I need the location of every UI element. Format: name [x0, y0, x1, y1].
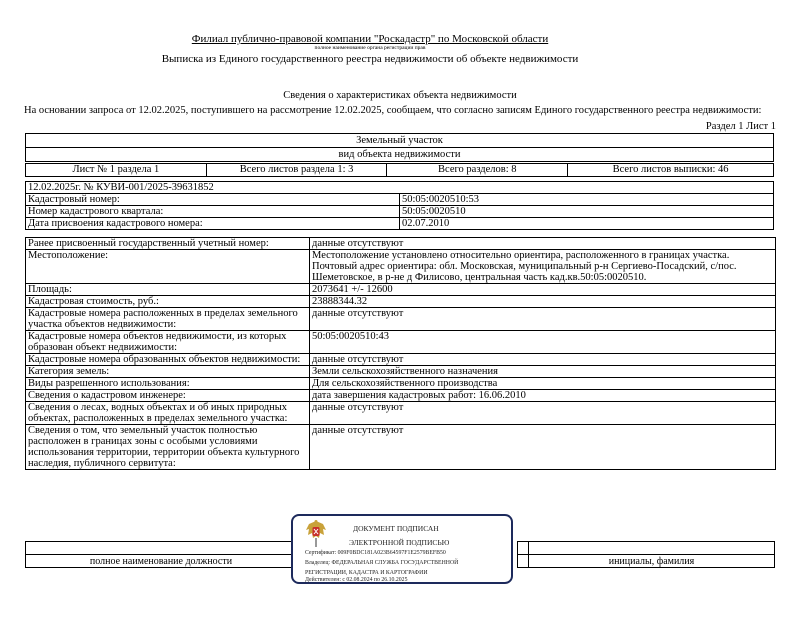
sheet-reference: Раздел 1 Лист 1	[706, 121, 776, 132]
position-field	[26, 542, 297, 555]
stamp-validity: Действителен: с 02.08.2024 по 26.10.2025	[305, 577, 407, 583]
table-row: Кадастровые номера объектов недвижимости…	[26, 331, 776, 354]
intro-text: На основании запроса от 12.02.2025, пост…	[24, 105, 761, 116]
table-row: Дата присвоения кадастрового номера:02.0…	[26, 218, 774, 230]
table-row: Категория земель:Земли сельскохозяйствен…	[26, 366, 776, 378]
stamp-owner-cont: РЕГИСТРАЦИИ, КАДАСТРА И КАРТОГРАФИИ	[305, 570, 428, 576]
stamp-title-line2: ЭЛЕКТРОННОЙ ПОДПИСЬЮ	[349, 538, 449, 547]
document-title: Выписка из Единого государственного реес…	[0, 53, 740, 65]
name-field	[529, 542, 775, 555]
table-row: Кадастровые номера образованных объектов…	[26, 354, 776, 366]
organization-caption: полное наименование органа регистрации п…	[0, 45, 740, 51]
name-caption: инициалы, фамилия	[529, 555, 775, 568]
object-type: Земельный участок	[26, 134, 773, 147]
table-row: Площадь:2073641 +/- 12600	[26, 284, 776, 296]
table-row: Сведения о кадастровом инженере:дата зав…	[26, 390, 776, 402]
total-sections: Всего разделов: 8	[387, 164, 568, 177]
table-row: Виды разрешенного использования:Для сель…	[26, 378, 776, 390]
info-table-main: Ранее присвоенный государственный учетны…	[25, 237, 776, 470]
sheets-table: Лист № 1 раздела 1 Всего листов раздела …	[25, 163, 774, 177]
coat-of-arms-icon	[303, 518, 329, 548]
table-row: Номер кадастрового квартала:50:05:002051…	[26, 206, 774, 218]
stamp-owner: Владелец: ФЕДЕРАЛЬНАЯ СЛУЖБА ГОСУДАРСТВЕ…	[305, 560, 458, 566]
table-row: Кадастровые номера расположенных в преде…	[26, 308, 776, 331]
object-type-box: Земельный участок вид объекта недвижимос…	[25, 133, 774, 162]
object-type-caption: вид объекта недвижимости	[26, 147, 773, 161]
table-row: Ранее присвоенный государственный учетны…	[26, 238, 776, 250]
table-row: Местоположение:Местоположение установлен…	[26, 250, 776, 284]
stamp-certificate: Сертификат: 009F0BDC181A023B64597F1E2579…	[305, 550, 446, 556]
position-caption: полное наименование должности	[26, 555, 297, 568]
table-row: Сведения о лесах, водных объектах и об и…	[26, 402, 776, 425]
sheets-in-section: Всего листов раздела 1: 3	[206, 164, 387, 177]
table-row: Кадастровая стоимость, руб.:23888344.32	[26, 296, 776, 308]
electronic-signature-stamp: ДОКУМЕНТ ПОДПИСАН ЭЛЕКТРОННОЙ ПОДПИСЬЮ С…	[291, 514, 513, 584]
section-title: Сведения о характеристиках объекта недви…	[0, 90, 800, 101]
total-sheets: Всего листов выписки: 46	[568, 164, 774, 177]
request-line: 12.02.2025г. № КУВИ-001/2025-39631852	[26, 182, 774, 194]
table-row: Кадастровый номер:50:05:0020510:53	[26, 194, 774, 206]
sheet-number: Лист № 1 раздела 1	[26, 164, 207, 177]
table-row: Сведения о том, что земельный участок по…	[26, 425, 776, 470]
info-table-top: 12.02.2025г. № КУВИ-001/2025-39631852 Ка…	[25, 181, 774, 230]
stamp-title-line1: ДОКУМЕНТ ПОДПИСАН	[353, 524, 439, 533]
organization-name: Филиал публично-правовой компании "Роска…	[0, 33, 740, 45]
